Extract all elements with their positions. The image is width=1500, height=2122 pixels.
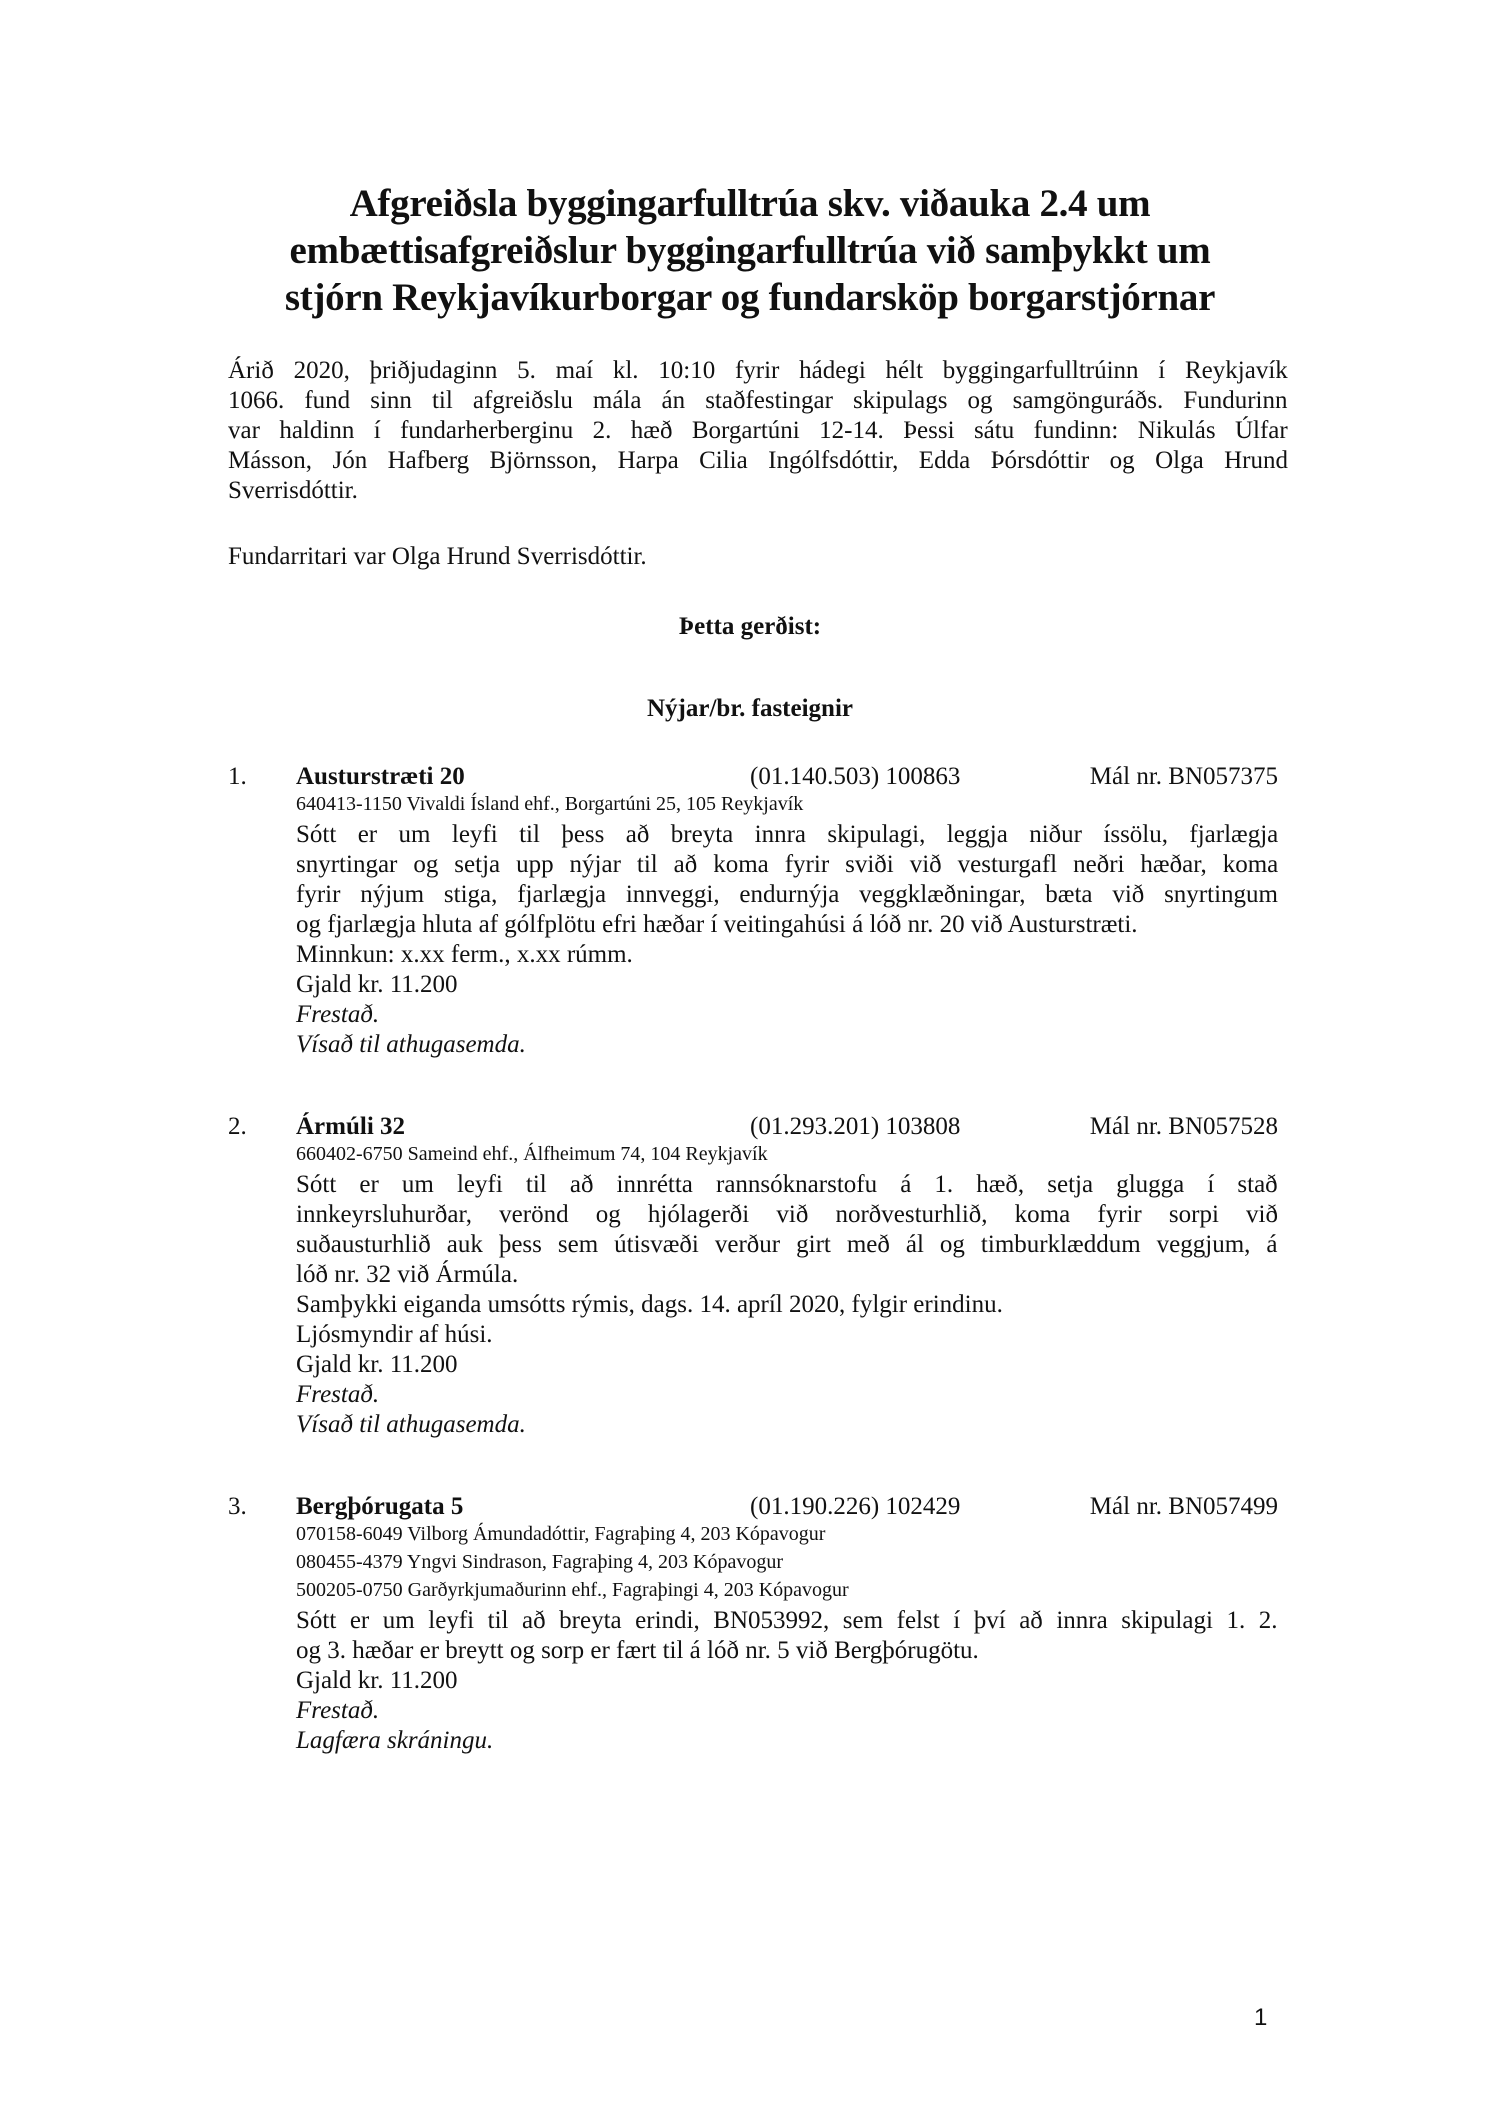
case-id: Mál nr. BN057375	[1090, 762, 1278, 792]
case-description-line: Sótt er um leyfi til að breyta erindi, B…	[296, 1606, 1278, 1636]
case-applicant: 070158-6049 Vilborg Ámundadóttir, Fagraþ…	[296, 1522, 1278, 1546]
intro-paragraph: Árið 2020, þriðjudaginn 5. maí kl. 10:10…	[228, 356, 1288, 506]
case-note: Minnkun: x.xx ferm., x.xx rúmm.	[296, 940, 1278, 970]
case-fee: Gjald kr. 11.200	[296, 970, 1278, 1000]
case-item: 3. Bergþórugata 5 (01.190.226) 102429 Má…	[228, 1492, 1278, 1756]
case-address: Austurstræti 20	[296, 762, 465, 792]
case-number: 1.	[228, 762, 247, 792]
case-description-line: snyrtingar og setja upp nýjar til að kom…	[296, 850, 1278, 880]
case-address: Bergþórugata 5	[296, 1492, 463, 1522]
intro-line: Árið 2020, þriðjudaginn 5. maí kl. 10:10…	[228, 356, 1288, 386]
case-fee: Gjald kr. 11.200	[296, 1350, 1278, 1380]
intro-line: var haldinn í fundarherberginu 2. hæð Bo…	[228, 416, 1288, 446]
case-description-line: og 3. hæðar er breytt og sorp er fært ti…	[296, 1636, 1278, 1666]
case-header: 1. Austurstræti 20 (01.140.503) 100863 M…	[228, 762, 1278, 792]
secretary-line: Fundarritari var Olga Hrund Sverrisdótti…	[228, 542, 647, 572]
case-decision: Frestað.	[296, 1696, 1278, 1726]
case-description-line: fyrir nýjum stiga, fjarlægja innveggi, e…	[296, 880, 1278, 910]
case-body: 640413-1150 Vivaldi Ísland ehf., Borgart…	[296, 792, 1278, 1060]
intro-line: Sverrisdóttir.	[228, 476, 1288, 506]
case-description-line: og fjarlægja hluta af gólfplötu efri hæð…	[296, 910, 1278, 940]
case-header: 3. Bergþórugata 5 (01.190.226) 102429 Má…	[228, 1492, 1278, 1522]
case-body: 070158-6049 Vilborg Ámundadóttir, Fagraþ…	[296, 1522, 1278, 1756]
case-applicant: 640413-1150 Vivaldi Ísland ehf., Borgart…	[296, 792, 1278, 816]
case-number: 3.	[228, 1492, 247, 1522]
case-registry: (01.140.503) 100863	[750, 762, 960, 792]
case-description-line: innkeyrsluhurðar, verönd og hjólagerði v…	[296, 1200, 1278, 1230]
case-decision: Frestað.	[296, 1000, 1278, 1030]
case-id: Mál nr. BN057528	[1090, 1112, 1278, 1142]
case-description-line: suðausturhlið auk þess sem útisvæði verð…	[296, 1230, 1278, 1260]
case-description-line: Sótt er um leyfi til að innrétta rannsók…	[296, 1170, 1278, 1200]
case-decision: Vísað til athugasemda.	[296, 1410, 1278, 1440]
case-description-line: lóð nr. 32 við Ármúla.	[296, 1260, 1278, 1290]
case-item: 1. Austurstræti 20 (01.140.503) 100863 M…	[228, 762, 1278, 1060]
case-fee: Gjald kr. 11.200	[296, 1666, 1278, 1696]
case-description-line: Sótt er um leyfi til þess að breyta innr…	[296, 820, 1278, 850]
document-page: Afgreiðsla byggingarfulltrúa skv. viðauk…	[0, 0, 1500, 2122]
intro-line: 1066. fund sinn til afgreiðslu mála án s…	[228, 386, 1288, 416]
page-number: 1	[1254, 2004, 1267, 2032]
case-decision: Frestað.	[296, 1380, 1278, 1410]
case-note: Samþykki eiganda umsótts rýmis, dags. 14…	[296, 1290, 1278, 1320]
case-header: 2. Ármúli 32 (01.293.201) 103808 Mál nr.…	[228, 1112, 1278, 1142]
case-decision: Lagfæra skráningu.	[296, 1726, 1278, 1756]
case-registry: (01.293.201) 103808	[750, 1112, 960, 1142]
title-line: stjórn Reykjavíkurborgar og fundarsköp b…	[200, 274, 1300, 321]
section-heading: Þetta gerðist:	[200, 612, 1300, 642]
case-applicant: 080455-4379 Yngvi Sindrason, Fagraþing 4…	[296, 1550, 1278, 1574]
intro-line: Másson, Jón Hafberg Björnsson, Harpa Cil…	[228, 446, 1288, 476]
case-applicant: 660402-6750 Sameind ehf., Álfheimum 74, …	[296, 1142, 1278, 1166]
subsection-heading: Nýjar/br. fasteignir	[200, 694, 1300, 724]
case-note: Ljósmyndir af húsi.	[296, 1320, 1278, 1350]
case-number: 2.	[228, 1112, 247, 1142]
document-title: Afgreiðsla byggingarfulltrúa skv. viðauk…	[200, 180, 1300, 321]
case-id: Mál nr. BN057499	[1090, 1492, 1278, 1522]
case-applicant: 500205-0750 Garðyrkjumaðurinn ehf., Fagr…	[296, 1578, 1278, 1602]
title-line: Afgreiðsla byggingarfulltrúa skv. viðauk…	[200, 180, 1300, 227]
title-line: embættisafgreiðslur byggingarfulltrúa vi…	[200, 227, 1300, 274]
case-item: 2. Ármúli 32 (01.293.201) 103808 Mál nr.…	[228, 1112, 1278, 1440]
case-body: 660402-6750 Sameind ehf., Álfheimum 74, …	[296, 1142, 1278, 1440]
case-registry: (01.190.226) 102429	[750, 1492, 960, 1522]
case-decision: Vísað til athugasemda.	[296, 1030, 1278, 1060]
case-address: Ármúli 32	[296, 1112, 405, 1142]
